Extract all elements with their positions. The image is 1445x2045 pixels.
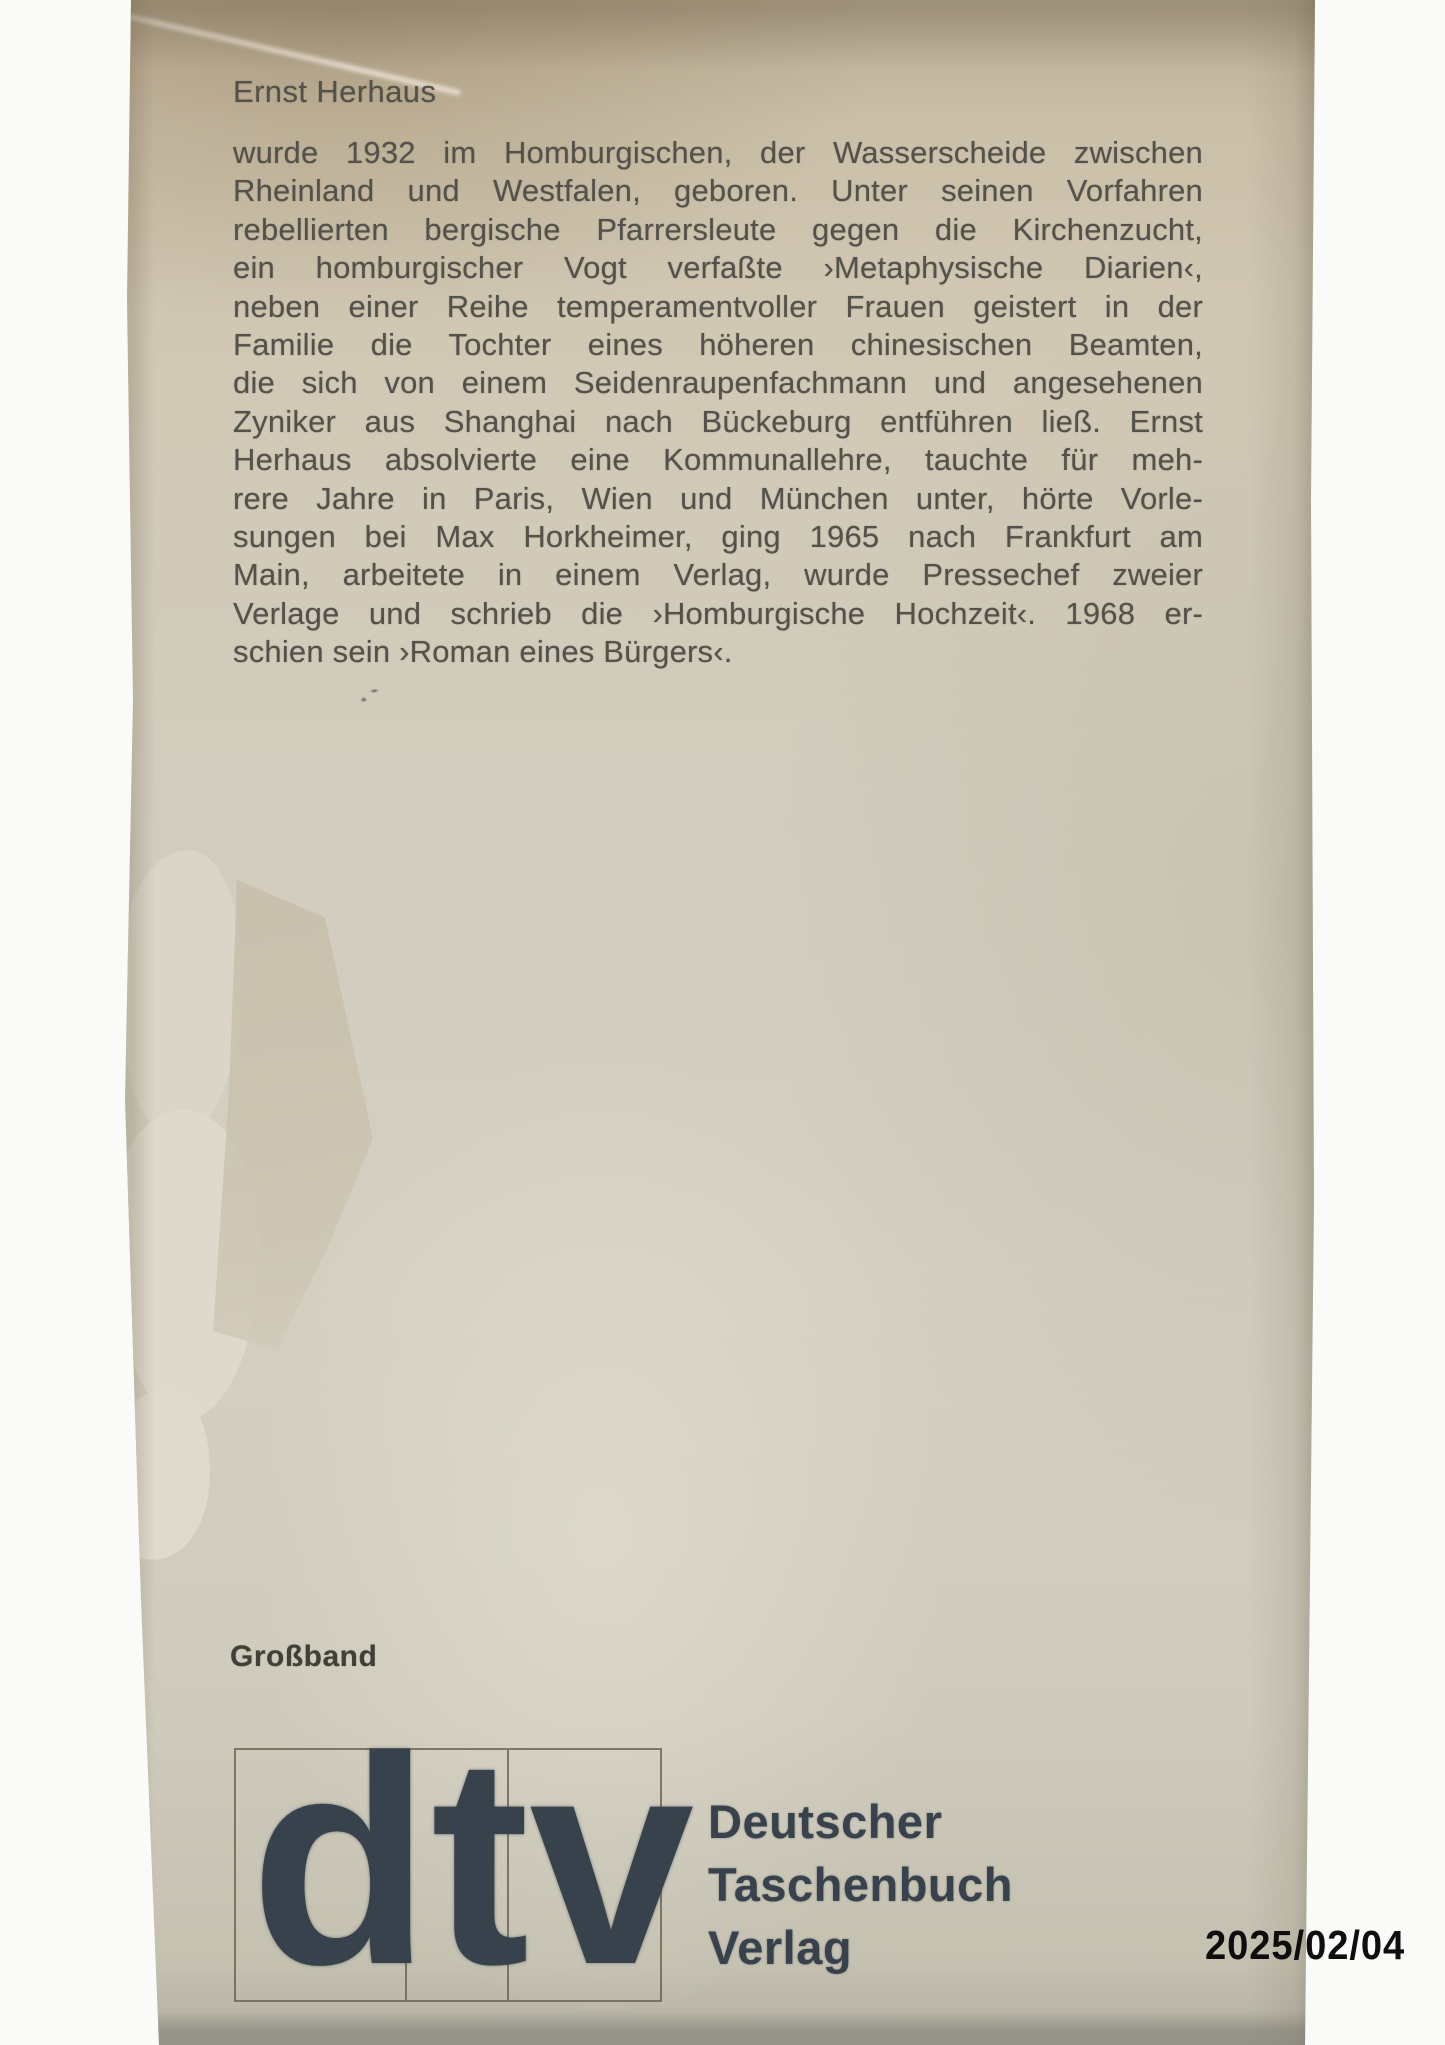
dtv-logo: dtv xyxy=(234,1748,662,2002)
bio-line: wurde 1932 im Homburgischen, der Wassers… xyxy=(233,134,1203,172)
bio-line: Main, arbeitete in einem Verlag, wurde P… xyxy=(233,556,1203,594)
author-name: Ernst Herhaus xyxy=(233,74,436,110)
cover-content: Ernst Herhaus wurde 1932 im Homburgische… xyxy=(125,0,1317,2045)
bio-line: sungen bei Max Horkheimer, ging 1965 nac… xyxy=(233,518,1203,556)
dtv-logo-letters: dtv xyxy=(250,1713,694,2009)
bio-line: neben einer Reihe temperamentvoller Frau… xyxy=(233,288,1203,326)
bio-line: ein homburgischer Vogt verfaßte ›Metaphy… xyxy=(233,249,1203,287)
bio-line: schien sein ›Roman eines Bürgers‹. xyxy=(233,633,1203,671)
publisher-name: Deutscher Taschenbuch Verlag xyxy=(708,1790,1013,1979)
book-back-cover: Ernst Herhaus wurde 1932 im Homburgische… xyxy=(125,0,1317,2045)
bio-line: Familie die Tochter eines höheren chines… xyxy=(233,326,1203,364)
publisher-line: Deutscher xyxy=(708,1790,1013,1853)
bio-line: rebellierten bergische Pfarrersleute geg… xyxy=(233,211,1203,249)
bio-line: Rheinland und Westfalen, geboren. Unter … xyxy=(233,172,1203,210)
bio-line: rere Jahre in Paris, Wien und München un… xyxy=(233,480,1203,518)
book-photo: Ernst Herhaus wurde 1932 im Homburgische… xyxy=(0,0,1445,2045)
format-label: Großband xyxy=(230,1640,377,1674)
publisher-line: Taschenbuch xyxy=(708,1853,1013,1916)
author-bio-paragraph: wurde 1932 im Homburgischen, der Wassers… xyxy=(233,134,1203,671)
photo-date-stamp: 2025/02/04 xyxy=(1205,1922,1405,1969)
bio-line: Herhaus absolvierte eine Kommunallehre, … xyxy=(233,441,1203,479)
bio-line: Verlage und schrieb die ›Homburgische Ho… xyxy=(233,595,1203,633)
bio-line: die sich von einem Seidenraupenfachmann … xyxy=(233,364,1203,402)
publisher-line: Verlag xyxy=(708,1916,1013,1979)
bio-line: Zyniker aus Shanghai nach Bückeburg entf… xyxy=(233,403,1203,441)
